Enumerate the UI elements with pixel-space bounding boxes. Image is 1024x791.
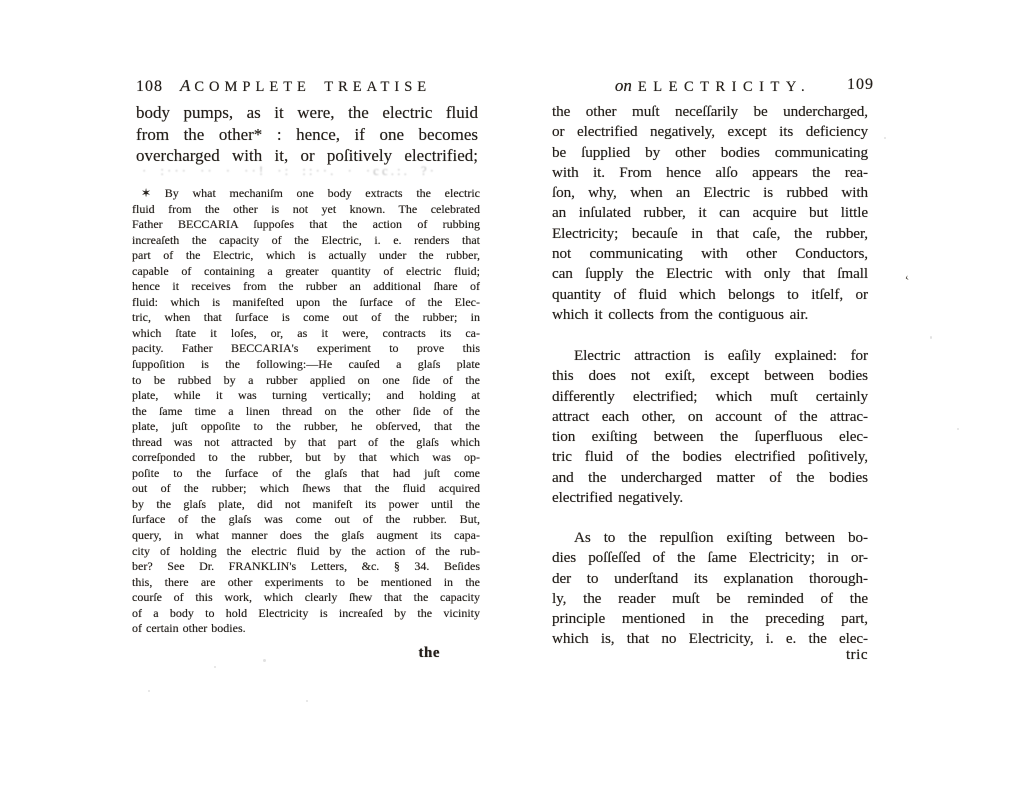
text-line: of certain other bodies. [132, 621, 480, 637]
paper-speck [306, 700, 308, 702]
text-line: query, in what manner does the glaſs aug… [132, 528, 480, 544]
text-line: hence it receives from the rubber an add… [132, 279, 480, 295]
text-line: this, there are other experiments to be … [132, 575, 480, 591]
text-line: or electrified negatively, except its de… [552, 122, 868, 142]
left-title-lead: A [180, 76, 190, 95]
text-line: Electric attraction is eaſily explained:… [552, 346, 868, 366]
text-line: the ſame time a linen thread on the othe… [132, 404, 480, 420]
text-line: electrified negatively. [552, 488, 868, 508]
text-line: dies poſſeſſed of the ſame Electricity; … [552, 548, 868, 568]
text-line: the other muſt neceſſarily be undercharg… [552, 102, 868, 122]
text-line: be ſupplied by other bodies communicatin… [552, 143, 868, 163]
text-line: ſurface of the glaſs was come out of the… [132, 512, 480, 528]
left-title-caps: COMPLETE TREATISE [194, 79, 431, 95]
text-line: not communicating with other Conductors, [552, 244, 868, 264]
text-line: and the undercharged matter of the bodie… [552, 468, 868, 488]
left-body-paragraph: body pumps, as it were, the electric flu… [136, 102, 478, 167]
text-line: ſuppoſition is the following:—He cauſed … [132, 357, 480, 373]
text-line: ber? See Dr. FRANKLIN's Letters, &c. § 3… [132, 559, 480, 575]
text-line: of a body to hold Electricity is increaſ… [132, 606, 480, 622]
text-line: this does not exiſt, except between bodi… [552, 366, 868, 386]
text-line: ſon, why, when an Electric is rubbed wit… [552, 183, 868, 203]
text-line: increaſeth the capacity of the Electric,… [132, 233, 480, 249]
ink-blot-mark: ‹ [904, 272, 913, 282]
paper-speck [884, 137, 886, 139]
right-title-caps: ELECTRICITY. [638, 79, 811, 95]
text-line: which ſtate it loſes, or, as it were, co… [132, 326, 480, 342]
text-line: poſite to the ſurface of the glaſs that … [132, 466, 480, 482]
text-line: pacity. Father BECCARIA's experiment to … [132, 341, 480, 357]
left-catchword: the [136, 645, 478, 662]
right-paragraph-3: As to the repulſion exiſting between bo-… [552, 528, 868, 650]
text-line: tion exiſting between the ſuperfluous el… [552, 427, 868, 447]
text-line: attract each other, on account of the at… [552, 407, 868, 427]
text-line: As to the repulſion exiſting between bo- [552, 528, 868, 548]
text-line: which it collects from the contiguous ai… [552, 305, 868, 325]
book-scan-spread: 108A COMPLETE TREATISE body pumps, as it… [0, 0, 1024, 791]
left-running-title: A COMPLETE TREATISE [180, 76, 431, 96]
text-line: quantity of fluid which belongs to itſel… [552, 285, 868, 305]
text-line: differently electrified; which muſt cert… [552, 387, 868, 407]
footnote-block: ✶ By what mechaniſm one body extracts th… [132, 186, 480, 637]
text-line: capable of containing a greater quantity… [132, 264, 480, 280]
text-line: with it. From hence alſo appears the rea… [552, 163, 868, 183]
text-line: Electricity; becauſe in that caſe, the r… [552, 224, 868, 244]
text-line: an inſulated rubber, it can acquire but … [552, 203, 868, 223]
text-line: ✶ By what mechaniſm one body extracts th… [132, 186, 480, 202]
paper-speck [263, 659, 266, 662]
right-catchword: tric [552, 647, 868, 664]
text-line: city of holding the electric fluid by th… [132, 544, 480, 560]
paper-speck [148, 690, 150, 692]
text-line: der to underſtand its explanation thorou… [552, 569, 868, 589]
text-line: tric, when that ſurface is come out of t… [132, 310, 480, 326]
left-running-header: 108A COMPLETE TREATISE [136, 76, 482, 96]
text-line: fluid from the other is not yet known. T… [132, 202, 480, 218]
text-line: Father BECCARIA ſuppoſes that the action… [132, 217, 480, 233]
show-through-text: · :··· ·· · ··! ·: ::··. · ·cc.:. ?· [142, 163, 437, 178]
text-line: to be rubbed by a rubber applied on one … [132, 373, 480, 389]
left-page-number: 108 [136, 78, 163, 96]
right-running-header: onELECTRICITY. 109 [552, 76, 874, 96]
text-line: tric fluid of the bodies electrified poſ… [552, 447, 868, 467]
text-line: from the other* : hence, if one becomes [136, 124, 478, 146]
text-line: thread was not attracted by that part of… [132, 435, 480, 451]
right-page-number: 109 [847, 76, 874, 94]
text-line: correſponded to the rubber, but by that … [132, 450, 480, 466]
text-line: can ſupply the Electric with only that ſ… [552, 264, 868, 284]
paper-speck [214, 666, 216, 668]
text-line: fluid: which is manifeſted upon the ſurf… [132, 295, 480, 311]
text-line: principle mentioned in the preceding par… [552, 609, 868, 629]
text-line: courſe of this work, which clearly ſhew … [132, 590, 480, 606]
text-line: plate, while it was turning vertically; … [132, 388, 480, 404]
paper-speck [957, 428, 959, 430]
text-line: out of the rubber; which ſhews that the … [132, 481, 480, 497]
text-line: plate, juſt oppoſite to the rubber, he o… [132, 419, 480, 435]
text-line: part of the Electric, which is actually … [132, 248, 480, 264]
paper-speck [930, 336, 932, 339]
right-paragraph-2: Electric attraction is eaſily explained:… [552, 346, 868, 508]
text-line: body pumps, as it were, the electric flu… [136, 102, 478, 124]
text-line: ly, the reader muſt be reminded of the [552, 589, 868, 609]
text-line: by the glaſs plate, did not manifeſt its… [132, 497, 480, 513]
right-paragraph-1: the other muſt neceſſarily be undercharg… [552, 102, 868, 325]
right-title-lead: on [615, 76, 632, 95]
